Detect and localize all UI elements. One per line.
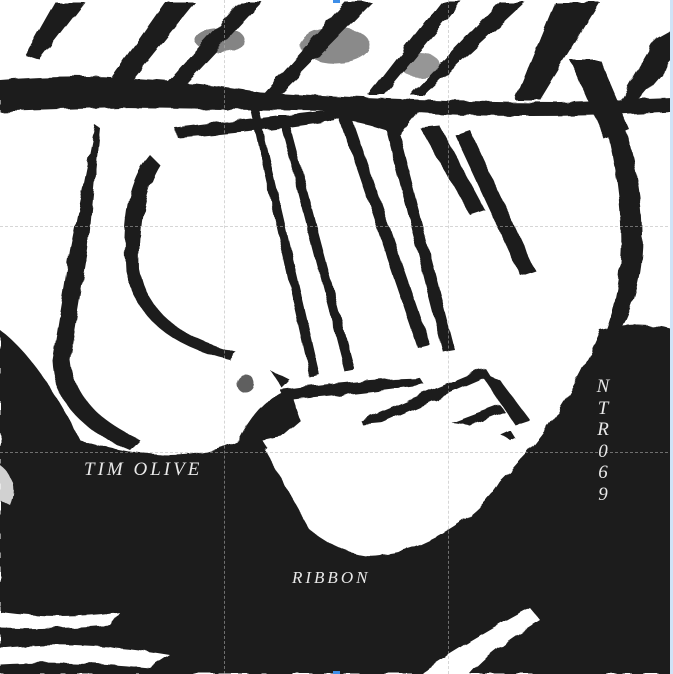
catalog-char: 9 <box>592 484 614 506</box>
catalog-char: 0 <box>592 441 614 463</box>
album-title: RIBBON <box>292 568 370 588</box>
guide-line-vertical <box>448 0 449 674</box>
resize-handle-top[interactable] <box>333 0 340 3</box>
guide-line-horizontal <box>0 226 673 227</box>
catalog-number: N T R 0 6 9 <box>592 376 614 505</box>
catalog-char: R <box>592 419 614 441</box>
catalog-char: 6 <box>592 462 614 484</box>
catalog-char: N <box>592 376 614 398</box>
catalog-char: T <box>592 398 614 420</box>
guide-line-horizontal <box>0 452 673 453</box>
guide-line-vertical <box>224 0 225 674</box>
artist-name: TIM OLIVE <box>84 459 202 481</box>
album-cover: TIM OLIVE RIBBON N T R 0 6 9 <box>0 0 673 674</box>
